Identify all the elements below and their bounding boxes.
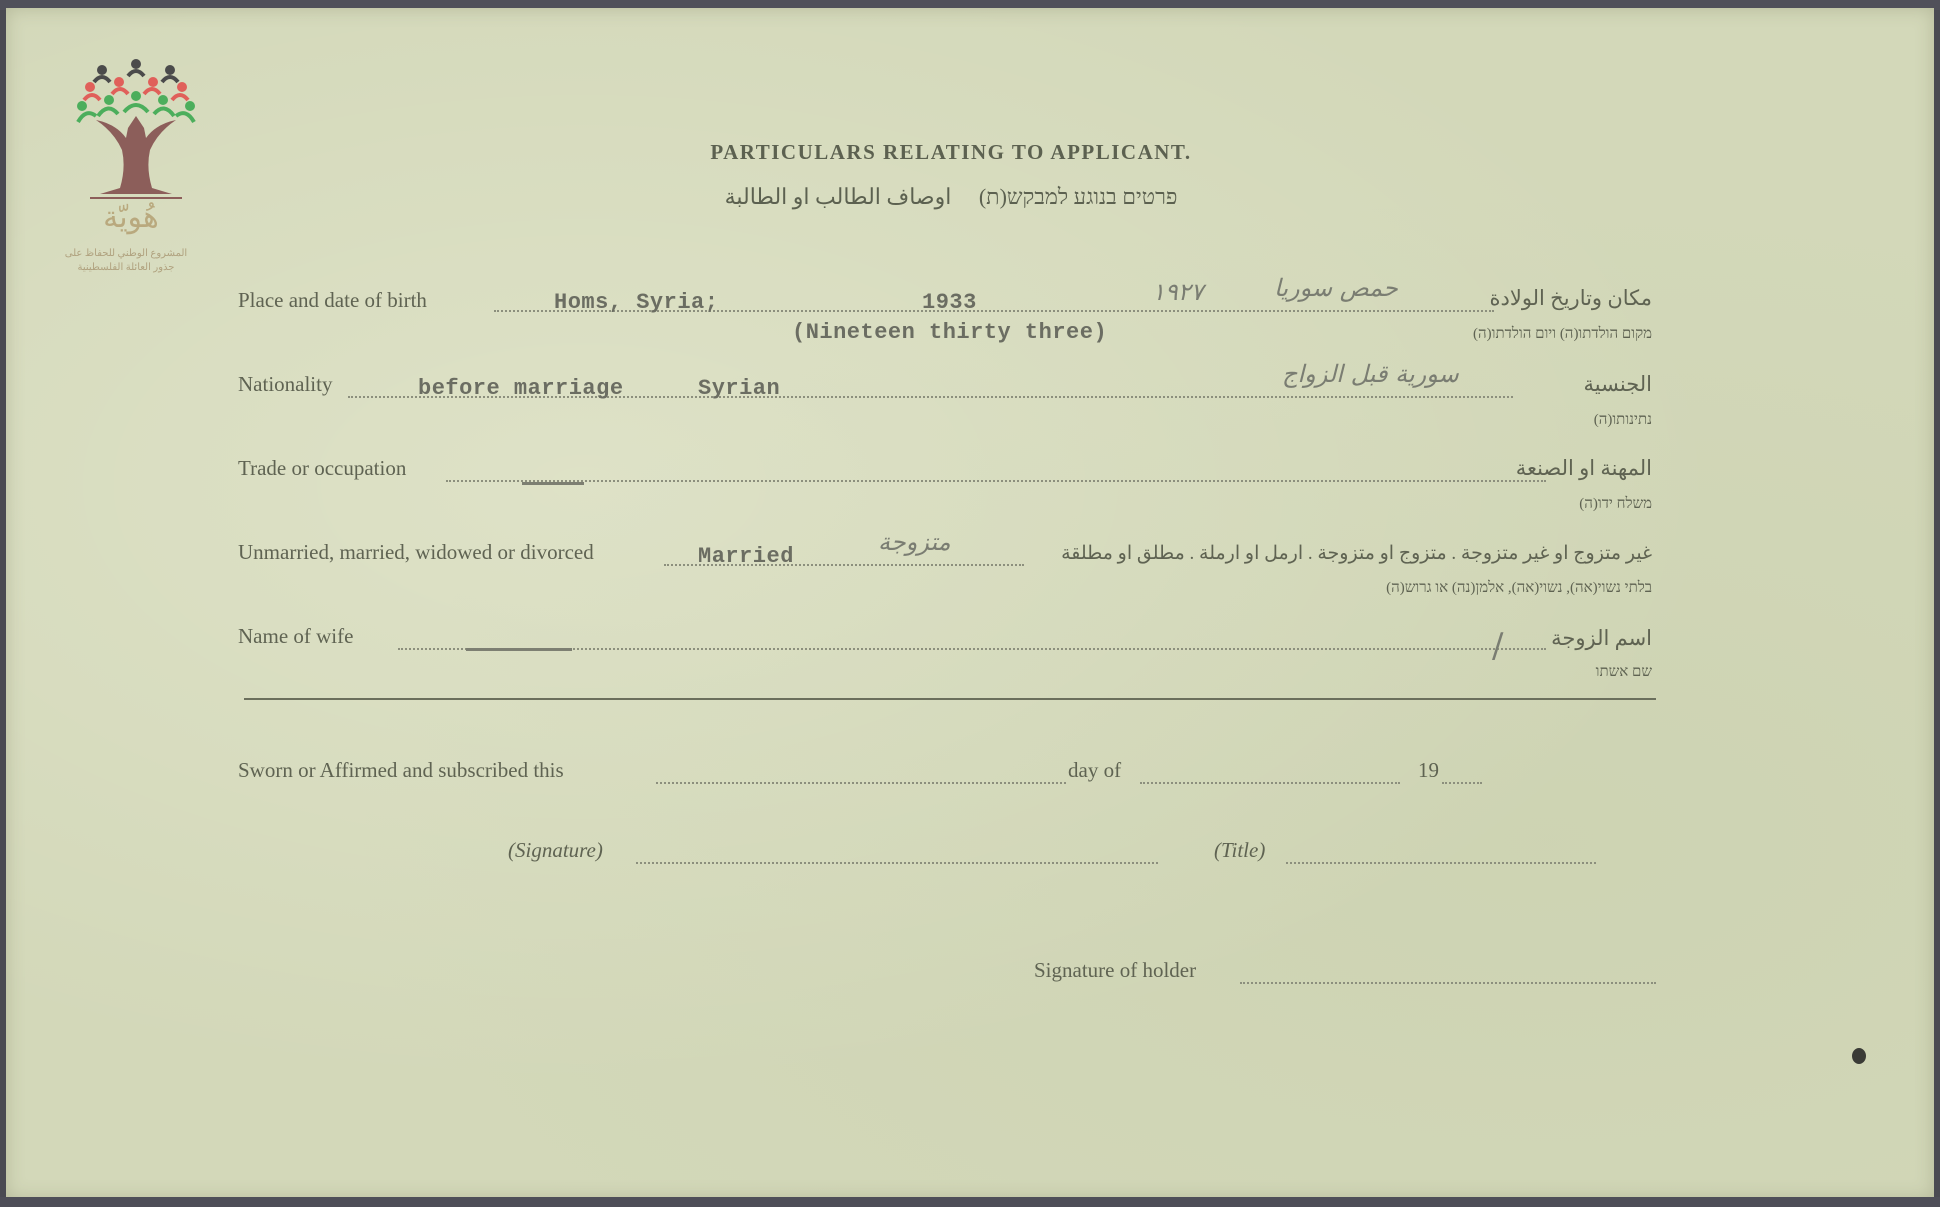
- nationality-label: Nationality: [238, 372, 332, 397]
- section-divider: [244, 698, 1656, 700]
- birth-handwritten-place: حمص سوريا: [1274, 274, 1398, 302]
- year-prefix: 19: [1418, 758, 1439, 783]
- birth-label: Place and date of birth: [238, 288, 427, 313]
- nationality-qualifier: before marriage: [418, 376, 624, 401]
- sworn-month-field[interactable]: [1140, 782, 1400, 784]
- holder-signature-label: Signature of holder: [1034, 958, 1196, 983]
- sworn-label: Sworn or Affirmed and subscribed this: [238, 758, 564, 783]
- logo-tagline: المشروع الوطني للحفاظ على: [61, 248, 191, 259]
- page-title: PARTICULARS RELATING TO APPLICANT.: [6, 140, 1896, 165]
- wife-label-hebrew: שם אשתו: [1596, 664, 1652, 681]
- nationality-label-hebrew: נתינותו(ה): [1594, 412, 1652, 429]
- subtitle-hebrew: פרטים בנוגע למבקש(ת): [979, 184, 1178, 209]
- nationality-value: Syrian: [698, 376, 780, 401]
- wife-label-arabic: اسم الزوجة: [1551, 626, 1652, 651]
- occupation-value-dash: [522, 482, 584, 485]
- birth-handwritten-year: ١٩٢٧: [1152, 278, 1204, 306]
- signature-field[interactable]: [636, 862, 1158, 864]
- page-subtitle: פרטים בנוגע למבקש(ת) اوصاف الطالب او الط…: [6, 184, 1896, 210]
- marital-label-arabic: غير متزوج او غير متزوجة . متزوج او متزوج…: [1061, 542, 1652, 565]
- occupation-label: Trade or occupation: [238, 456, 406, 481]
- birth-label-arabic: مكان وتاريخ الولادة: [1489, 286, 1652, 311]
- wife-name-label: Name of wife: [238, 624, 353, 649]
- occupation-label-hebrew: משלח ידו(ה): [1579, 496, 1652, 513]
- day-of-label: day of: [1068, 758, 1121, 783]
- nationality-label-arabic: الجنسية: [1584, 372, 1652, 397]
- marital-status-label: Unmarried, married, widowed or divorced: [238, 540, 594, 565]
- subtitle-arabic: اوصاف الطالب او الطالبة: [725, 184, 952, 209]
- title-label: (Title): [1214, 838, 1265, 863]
- occupation-dotted-line: [446, 480, 1546, 482]
- ink-spot: [1852, 1048, 1866, 1064]
- wife-value-dash: [466, 648, 572, 651]
- birth-year-value: 1933: [922, 290, 977, 315]
- birth-place-value: Homs, Syria;: [554, 290, 718, 315]
- marital-label-hebrew: בלתי נשוי(אה), נשוי(אה), אלמן(נה) או גרו…: [1386, 580, 1652, 597]
- marital-handwritten: متزوجة: [878, 528, 951, 556]
- occupation-label-arabic: المهنة او الصنعة: [1516, 456, 1652, 481]
- wife-handwritten-slash: /: [1492, 626, 1503, 666]
- signature-label: (Signature): [508, 838, 603, 863]
- title-field[interactable]: [1286, 862, 1596, 864]
- logo-tagline: جذور العائلة الفلسطينية: [61, 262, 191, 273]
- scan-bottom-edge: [0, 1197, 1940, 1207]
- birth-year-words: (Nineteen thirty three): [792, 320, 1107, 345]
- marital-status-value: Married: [698, 544, 794, 569]
- sworn-day-field[interactable]: [656, 782, 1066, 784]
- nationality-handwritten: سورية قبل الزواج: [1282, 360, 1459, 388]
- birth-label-hebrew: מקום הולדתו(ה) ויום הולדתו(ה): [1473, 326, 1652, 343]
- sworn-year-field[interactable]: [1442, 782, 1482, 784]
- document-page: هُويّة المشروع الوطني للحفاظ على جذور ال…: [6, 8, 1934, 1199]
- holder-signature-field[interactable]: [1240, 982, 1656, 984]
